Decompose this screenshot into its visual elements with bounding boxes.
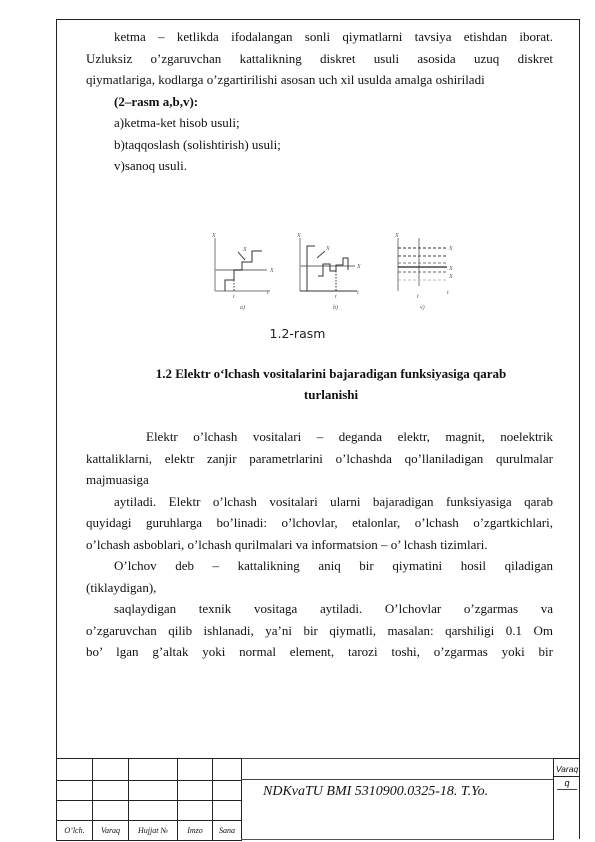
svg-text:X: X xyxy=(325,246,330,252)
svg-text:X: X xyxy=(296,233,301,239)
paragraph-1-line-2: Uzluksiz o’zgaruvchan kattalikning diskr… xyxy=(86,48,553,70)
svg-text:X: X xyxy=(448,246,453,252)
panel-v-diagram xyxy=(398,238,447,291)
paragraph-2-line: (tiklaydigan), xyxy=(86,577,553,599)
svg-text:X: X xyxy=(448,266,453,272)
paragraph-2-line: kattaliklarni, elektr zanjir parametrlar… xyxy=(86,448,553,470)
svg-text:X: X xyxy=(269,268,274,274)
section-title-line-1: 1.2 Elektr o‘lchash vositalarini bajarad… xyxy=(86,363,576,385)
list-item: a)ketma-ket hisob usuli; xyxy=(86,112,553,134)
svg-text:t: t xyxy=(357,290,359,296)
paragraph-2-line: O’lchov deb – kattalikning aniq bir qiym… xyxy=(86,555,553,577)
svg-text:t: t xyxy=(335,294,337,300)
sheet-number-box: Varaq q xyxy=(553,758,580,840)
list-item: v)sanoq usuli. xyxy=(86,155,553,177)
paragraph-2-line: saqlaydigan texnik vositaga aytiladi. O’… xyxy=(86,598,553,620)
figure-reference: (2–rasm a,b,v): xyxy=(86,91,553,113)
panel-a-diagram xyxy=(215,238,270,291)
paragraph-2-line: bo’ lgan g’altak yoki normal element, ta… xyxy=(86,641,553,663)
column-header: Imzo xyxy=(178,821,213,841)
svg-text:X: X xyxy=(356,264,361,270)
figure-caption: 1.2-rasm xyxy=(0,326,595,341)
title-block-stamp: O’lch. Varaq Hujjat № Imzo Sana NDKvaTU … xyxy=(56,758,580,840)
column-header: Varaq xyxy=(93,821,129,841)
sheet-number: q xyxy=(557,777,577,790)
paragraph-2-line: aytiladi. Elektr o’lchash vositalari ula… xyxy=(86,491,553,513)
svg-text:t: t xyxy=(417,294,419,300)
svg-text:X: X xyxy=(242,247,247,253)
svg-text:a): a) xyxy=(240,304,245,311)
list-item: b)taqqoslash (solishtirish) usuli; xyxy=(86,134,553,156)
document-code-box: NDKvaTU BMI 5310900.0325-18. T.Yo. xyxy=(241,758,553,840)
svg-text:t: t xyxy=(233,294,235,300)
column-header: Hujjat № xyxy=(129,821,178,841)
svg-text:X: X xyxy=(211,233,216,239)
section-title-line-2: turlanishi xyxy=(86,384,576,406)
sheet-label: Varaq xyxy=(554,759,580,777)
paragraph-1-line-3: qiymatlariga, kodlarga o’zgartirilishi a… xyxy=(86,69,553,91)
svg-text:v): v) xyxy=(420,304,425,311)
paragraph-2-line: Elektr o’lchash vositalari – deganda ele… xyxy=(86,426,553,448)
paragraph-2-line: quyidagi guruhlarga bo’linadi: o’lchovla… xyxy=(86,512,553,534)
svg-text:X: X xyxy=(394,233,399,239)
paragraph-2-line: majmuasiga xyxy=(86,469,553,491)
paragraph-2-line: o’zgaruvchan qilib ishlanadi, ya’ni bir … xyxy=(86,620,553,642)
paragraph-2-line: o’lchash asboblari, o’lchash qurilmalari… xyxy=(86,534,553,556)
signature-table: O’lch. Varaq Hujjat № Imzo Sana xyxy=(56,758,242,841)
column-header: Sana xyxy=(213,821,242,841)
document-body: ketma – ketlikda ifodalangan sonli qiyma… xyxy=(86,26,553,177)
paragraph-2: Elektr o’lchash vositalari – deganda ele… xyxy=(86,426,553,663)
column-header: O’lch. xyxy=(57,821,93,841)
svg-text:t: t xyxy=(447,290,449,296)
paragraph-1-line-1: ketma – ketlikda ifodalangan sonli qiyma… xyxy=(86,26,553,48)
svg-text:X: X xyxy=(448,274,453,280)
svg-text:b): b) xyxy=(333,304,338,311)
document-code: NDKvaTU BMI 5310900.0325-18. T.Yo. xyxy=(263,784,488,800)
conversion-methods-figure: XXX tta) XXX ttb) XXXX ttv) xyxy=(205,228,465,316)
